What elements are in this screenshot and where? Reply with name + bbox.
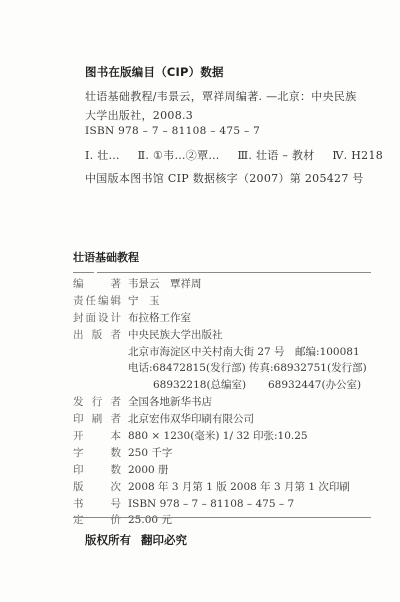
cip-catalog-line-2: 大学出版社，2008.3	[85, 107, 193, 123]
colophon-row-print-run: 印数 2000 册	[73, 462, 373, 479]
word-count-value: 250 千字	[128, 445, 172, 462]
colophon-row-format: 开本 880 × 1230(毫米) 1/ 32 印张:10.25	[73, 428, 373, 445]
row-label: 定价	[73, 512, 121, 529]
colophon-row-author: 编著 韦景云 覃祥周	[73, 276, 373, 293]
rights-reserved: 版权所有	[85, 533, 131, 547]
format-value: 880 × 1230(毫米) 1/ 32 印张:10.25	[128, 428, 308, 445]
cip-record-number: 中国版本图书馆 CIP 数据核字（2007）第 205427 号	[85, 170, 364, 186]
rights-notice: 版权所有翻印必究	[85, 532, 187, 548]
cip-catalog-line-1: 壮语基础教程/韦景云，覃祥周编著. —北京：中央民族	[85, 88, 357, 104]
edition-value: 2008 年 3 月第 1 版 2008 年 3 月第 1 次印刷	[128, 479, 350, 496]
cip-classification: Ⅰ. 壮… Ⅱ. ①韦…②覃… Ⅲ. 壮语 – 教材 Ⅳ. H218	[85, 147, 397, 163]
colophon-row-edition: 版次 2008 年 3 月第 1 版 2008 年 3 月第 1 次印刷	[73, 479, 373, 496]
divider-top	[97, 272, 371, 273]
publisher-name: 中央民族大学出版社	[128, 327, 223, 344]
row-label: 字数	[73, 445, 121, 462]
print-run-value: 2000 册	[128, 462, 169, 479]
divider-bottom	[73, 517, 371, 518]
book-title: 壮语基础教程	[73, 249, 139, 265]
row-label: 印刷者	[73, 411, 121, 428]
piracy-notice: 翻印必究	[141, 533, 187, 547]
colophon-row-word-count: 字数 250 千字	[73, 445, 373, 462]
colophon-row-price: 定价 25.00 元	[73, 512, 373, 529]
publisher-address: 北京市海淀区中关村南大街 27 号 邮编:100081	[128, 344, 360, 361]
printer-value: 北京宏伟双华印刷有限公司	[128, 411, 254, 428]
editor-value: 宁 玉	[128, 293, 160, 310]
colophon-row-cover-design: 封面设计 布拉格工作室	[73, 310, 373, 327]
cover-design-value: 布拉格工作室	[128, 310, 191, 327]
publisher-phone: 电话:68472815(发行部) 传真:68932751(发行部)	[128, 360, 367, 377]
cip-isbn: ISBN 978 – 7 – 81108 – 475 – 7	[85, 125, 260, 137]
row-label: 开本	[73, 428, 121, 445]
row-label: 编著	[73, 276, 121, 293]
colophon: 编著 韦景云 覃祥周 责任编辑 宁 玉 封面设计 布拉格工作室 出版者 中央民族…	[73, 276, 373, 529]
author-value: 韦景云 覃祥周	[128, 276, 202, 293]
book-number-value: ISBN 978 – 7 – 81108 – 475 – 7	[128, 496, 294, 513]
divider-top-short	[73, 272, 94, 273]
colophon-row-printer: 印刷者 北京宏伟双华印刷有限公司	[73, 411, 373, 428]
colophon-row-distributor: 发行者 全国各地新华书店	[73, 394, 373, 411]
row-label: 印数	[73, 462, 121, 479]
publisher-phone-office: 68932447(办公室)	[268, 377, 361, 394]
cip-class-2: Ⅱ. ①韦…②覃…	[138, 149, 220, 162]
cip-class-3: Ⅲ. 壮语 – 教材	[237, 149, 314, 162]
row-label: 封面设计	[73, 310, 121, 327]
colophon-row-publisher-phone: 电话:68472815(发行部) 传真:68932751(发行部)	[73, 360, 373, 377]
publisher-phone-editorial: 68932218(总编室)	[153, 377, 246, 394]
distributor-value: 全国各地新华书店	[128, 394, 212, 411]
cip-class-1: Ⅰ. 壮…	[85, 149, 120, 162]
row-label: 书号	[73, 496, 121, 513]
colophon-row-publisher-phone-2: 68932218(总编室) 68932447(办公室)	[73, 377, 373, 394]
colophon-row-publisher-address: 北京市海淀区中关村南大街 27 号 邮编:100081	[73, 344, 373, 361]
colophon-row-book-number: 书号 ISBN 978 – 7 – 81108 – 475 – 7	[73, 496, 373, 513]
price-value: 25.00 元	[128, 512, 172, 529]
row-label: 版次	[73, 479, 121, 496]
colophon-row-publisher: 出版者 中央民族大学出版社	[73, 327, 373, 344]
row-label: 责任编辑	[73, 293, 121, 310]
row-label: 发行者	[73, 394, 121, 411]
copyright-page: 图书在版编目（CIP）数据 壮语基础教程/韦景云，覃祥周编著. —北京：中央民族…	[0, 0, 400, 602]
cip-heading: 图书在版编目（CIP）数据	[85, 64, 224, 80]
colophon-row-editor: 责任编辑 宁 玉	[73, 293, 373, 310]
cip-class-4: Ⅳ. H218	[332, 149, 383, 162]
row-label: 出版者	[73, 327, 121, 344]
